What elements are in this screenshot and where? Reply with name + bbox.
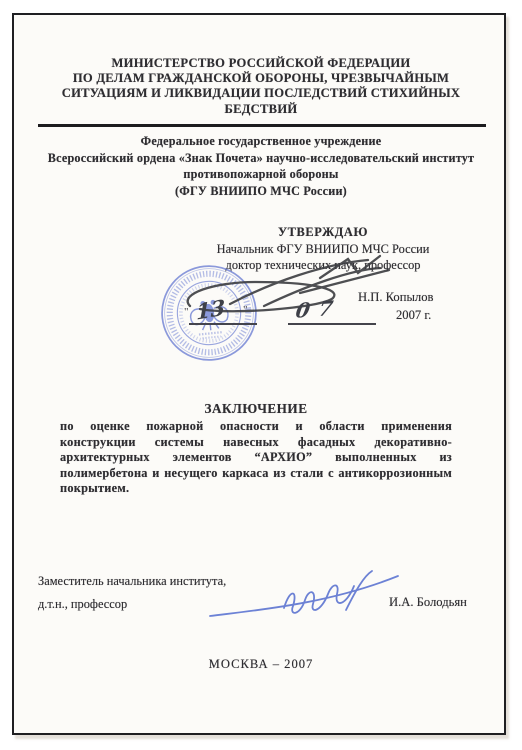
date-quote-close: " [243, 304, 248, 316]
conclusion-line: полимербетона и несущего каркаса из стал… [60, 466, 452, 482]
conclusion-line: конструкции системы навесных фасадных де… [60, 435, 452, 451]
conclusion-paragraph: по оценке пожарной опасности и области п… [60, 419, 452, 497]
handwritten-month: 07 [294, 295, 344, 323]
signoff-position-line1: Заместитель начальника института, [38, 574, 226, 589]
date-month-underline [288, 323, 376, 325]
institution-line: противопожарной обороны [28, 166, 494, 183]
signoff-position-line2: д.т.н., профессор [38, 597, 127, 612]
conclusion-line: архитектурных элементов “АРХИО” выполнен… [60, 450, 452, 466]
approve-label: УТВЕРЖДАЮ [197, 224, 449, 240]
scanned-document-page: МИНИСТЕРСТВО РОССИЙСКОЙ ФЕДЕРАЦИИ ПО ДЕЛ… [0, 0, 522, 750]
conclusion-line: по оценке пожарной опасности и области п… [60, 419, 452, 435]
conclusion-line: покрытием. [60, 481, 452, 497]
institution-block: Федеральное государственное учреждение В… [28, 133, 494, 199]
handwritten-day: 13 [196, 294, 225, 324]
footer-city-year: МОСКВА – 2007 [0, 657, 522, 672]
institution-line: Всероссийский ордена «Знак Почета» научн… [28, 150, 494, 167]
date-quote-open: " [184, 306, 189, 318]
ministry-header-line: МИНИСТЕРСТВО РОССИЙСКОЙ ФЕДЕРАЦИИ [40, 56, 482, 71]
institution-line: Федеральное государственное учреждение [28, 133, 494, 150]
ministry-header-line: ПО ДЕЛАМ ГРАЖДАНСКОЙ ОБОРОНЫ, ЧРЕЗВЫЧАЙН… [40, 71, 482, 86]
approver-name: Н.П. Копылов [358, 290, 433, 305]
divider-rule [38, 124, 486, 127]
conclusion-title: ЗАКЛЮЧЕНИЕ [60, 401, 452, 417]
approval-year: 2007 г. [396, 308, 431, 323]
bolodyan-signature [206, 566, 402, 630]
signoff-name: И.А. Болодьян [389, 595, 467, 610]
ministry-header-line: БЕДСТВИЙ [40, 102, 482, 117]
ministry-header: МИНИСТЕРСТВО РОССИЙСКОЙ ФЕДЕРАЦИИ ПО ДЕЛ… [40, 56, 482, 117]
institution-line: (ФГУ ВНИИПО МЧС России) [28, 183, 494, 200]
ministry-header-line: СИТУАЦИЯМ И ЛИКВИДАЦИИ ПОСЛЕДСТВИЙ СТИХИ… [40, 86, 482, 101]
date-day-underline [189, 323, 257, 325]
